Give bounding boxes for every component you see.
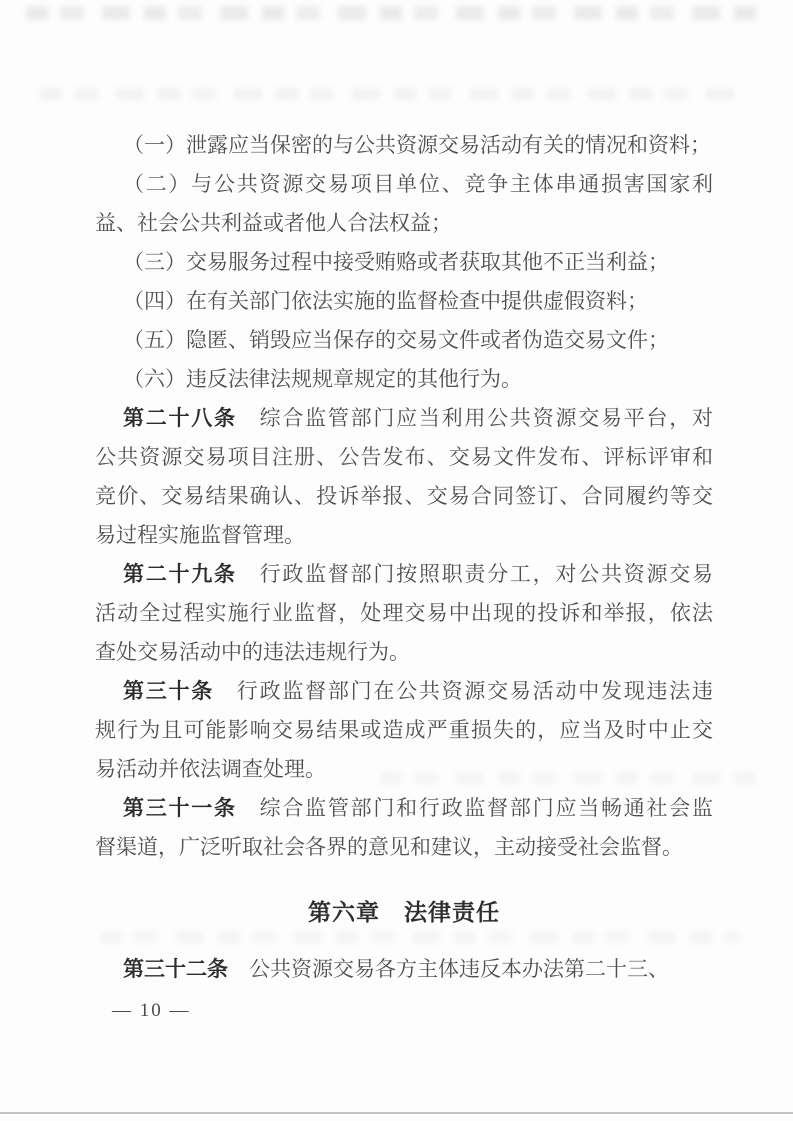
text-line: 竞价、交易结果确认、投诉举报、交易合同签订、合同履约等交 xyxy=(95,477,713,516)
paragraph: （一）泄露应当保密的与公共资源交易活动有关的情况和资料； xyxy=(95,126,713,165)
paragraph: 第二十八条 综合监管部门应当利用公共资源交易平台，对公共资源交易项目注册、公告发… xyxy=(95,399,713,555)
paragraph: 第二十九条 行政监督部门按照职责分工，对公共资源交易活动全过程实施行业监督，处理… xyxy=(95,555,713,672)
text-line: 公共资源交易项目注册、公告发布、交易文件发布、评标评审和 xyxy=(95,438,713,477)
line-text: 综合监管部门和行政监督部门应当畅通社会监 xyxy=(237,796,713,820)
paragraph: （六）违反法律法规规章规定的其他行为。 xyxy=(95,360,713,399)
text-line: 第三十条 行政监督部门在公共资源交易活动中发现违法违 xyxy=(95,672,713,711)
article-number: 第三十一条 xyxy=(123,796,237,820)
text-line: （六）违反法律法规规章规定的其他行为。 xyxy=(95,360,713,399)
scanned-document-page: （一）泄露应当保密的与公共资源交易活动有关的情况和资料；（二）与公共资源交易项目… xyxy=(0,0,793,1121)
text-line: （一）泄露应当保密的与公共资源交易活动有关的情况和资料； xyxy=(95,126,713,165)
text-line: 第三十一条 综合监管部门和行政监督部门应当畅通社会监 xyxy=(95,789,713,828)
paragraph: 第三十条 行政监督部门在公共资源交易活动中发现违法违规行为且可能影响交易结果或造… xyxy=(95,672,713,789)
text-line: 第三十二条 公共资源交易各方主体违反本办法第二十三、 xyxy=(95,950,713,989)
text-line: 规行为且可能影响交易结果或造成严重损失的，应当及时中止交 xyxy=(95,711,713,750)
paragraph: （二）与公共资源交易项目单位、竞争主体串通损害国家利益、社会公共利益或者他人合法… xyxy=(95,165,713,243)
text-line: 易过程实施监督管理。 xyxy=(95,516,713,555)
text-line: （五）隐匿、销毁应当保存的交易文件或者伪造交易文件； xyxy=(95,321,713,360)
text-line: 督渠道，广泛听取社会各界的意见和建议，主动接受社会监督。 xyxy=(95,828,713,867)
page-edge-line xyxy=(0,1112,793,1114)
text-line: 第二十八条 综合监管部门应当利用公共资源交易平台，对 xyxy=(95,399,713,438)
line-text: 综合监管部门应当利用公共资源交易平台，对 xyxy=(237,406,713,430)
line-text: 行政监督部门在公共资源交易活动中发现违法违 xyxy=(214,679,713,703)
article-number: 第三十条 xyxy=(123,679,214,703)
chapter-heading: 第六章 法律责任 xyxy=(95,893,713,933)
line-text: 行政监督部门按照职责分工，对公共资源交易 xyxy=(237,562,713,586)
article-number: 第二十八条 xyxy=(123,406,237,430)
line-text: 公共资源交易各方主体违反本办法第二十三、 xyxy=(228,957,669,981)
paragraph: （四）在有关部门依法实施的监督检查中提供虚假资料； xyxy=(95,282,713,321)
text-line: （四）在有关部门依法实施的监督检查中提供虚假资料； xyxy=(95,282,713,321)
text-line: 查处交易活动中的违法违规行为。 xyxy=(95,633,713,672)
paragraph: （三）交易服务过程中接受贿赂或者获取其他不正当利益； xyxy=(95,243,713,282)
document-body: （一）泄露应当保密的与公共资源交易活动有关的情况和资料；（二）与公共资源交易项目… xyxy=(95,0,713,989)
text-line: 益、社会公共利益或者他人合法权益； xyxy=(95,204,713,243)
text-line: 第二十九条 行政监督部门按照职责分工，对公共资源交易 xyxy=(95,555,713,594)
article-number: 第二十九条 xyxy=(123,562,237,586)
page-number: — 10 — xyxy=(112,998,191,1024)
paragraph: 第三十二条 公共资源交易各方主体违反本办法第二十三、 xyxy=(95,950,713,989)
paragraph: 第三十一条 综合监管部门和行政监督部门应当畅通社会监督渠道，广泛听取社会各界的意… xyxy=(95,789,713,867)
text-line: 活动全过程实施行业监督，处理交易中出现的投诉和举报，依法 xyxy=(95,594,713,633)
article-number: 第三十二条 xyxy=(123,957,228,981)
text-line: （二）与公共资源交易项目单位、竞争主体串通损害国家利 xyxy=(95,165,713,204)
text-line: （三）交易服务过程中接受贿赂或者获取其他不正当利益； xyxy=(95,243,713,282)
text-line: 易活动并依法调查处理。 xyxy=(95,750,713,789)
paragraph: （五）隐匿、销毁应当保存的交易文件或者伪造交易文件； xyxy=(95,321,713,360)
